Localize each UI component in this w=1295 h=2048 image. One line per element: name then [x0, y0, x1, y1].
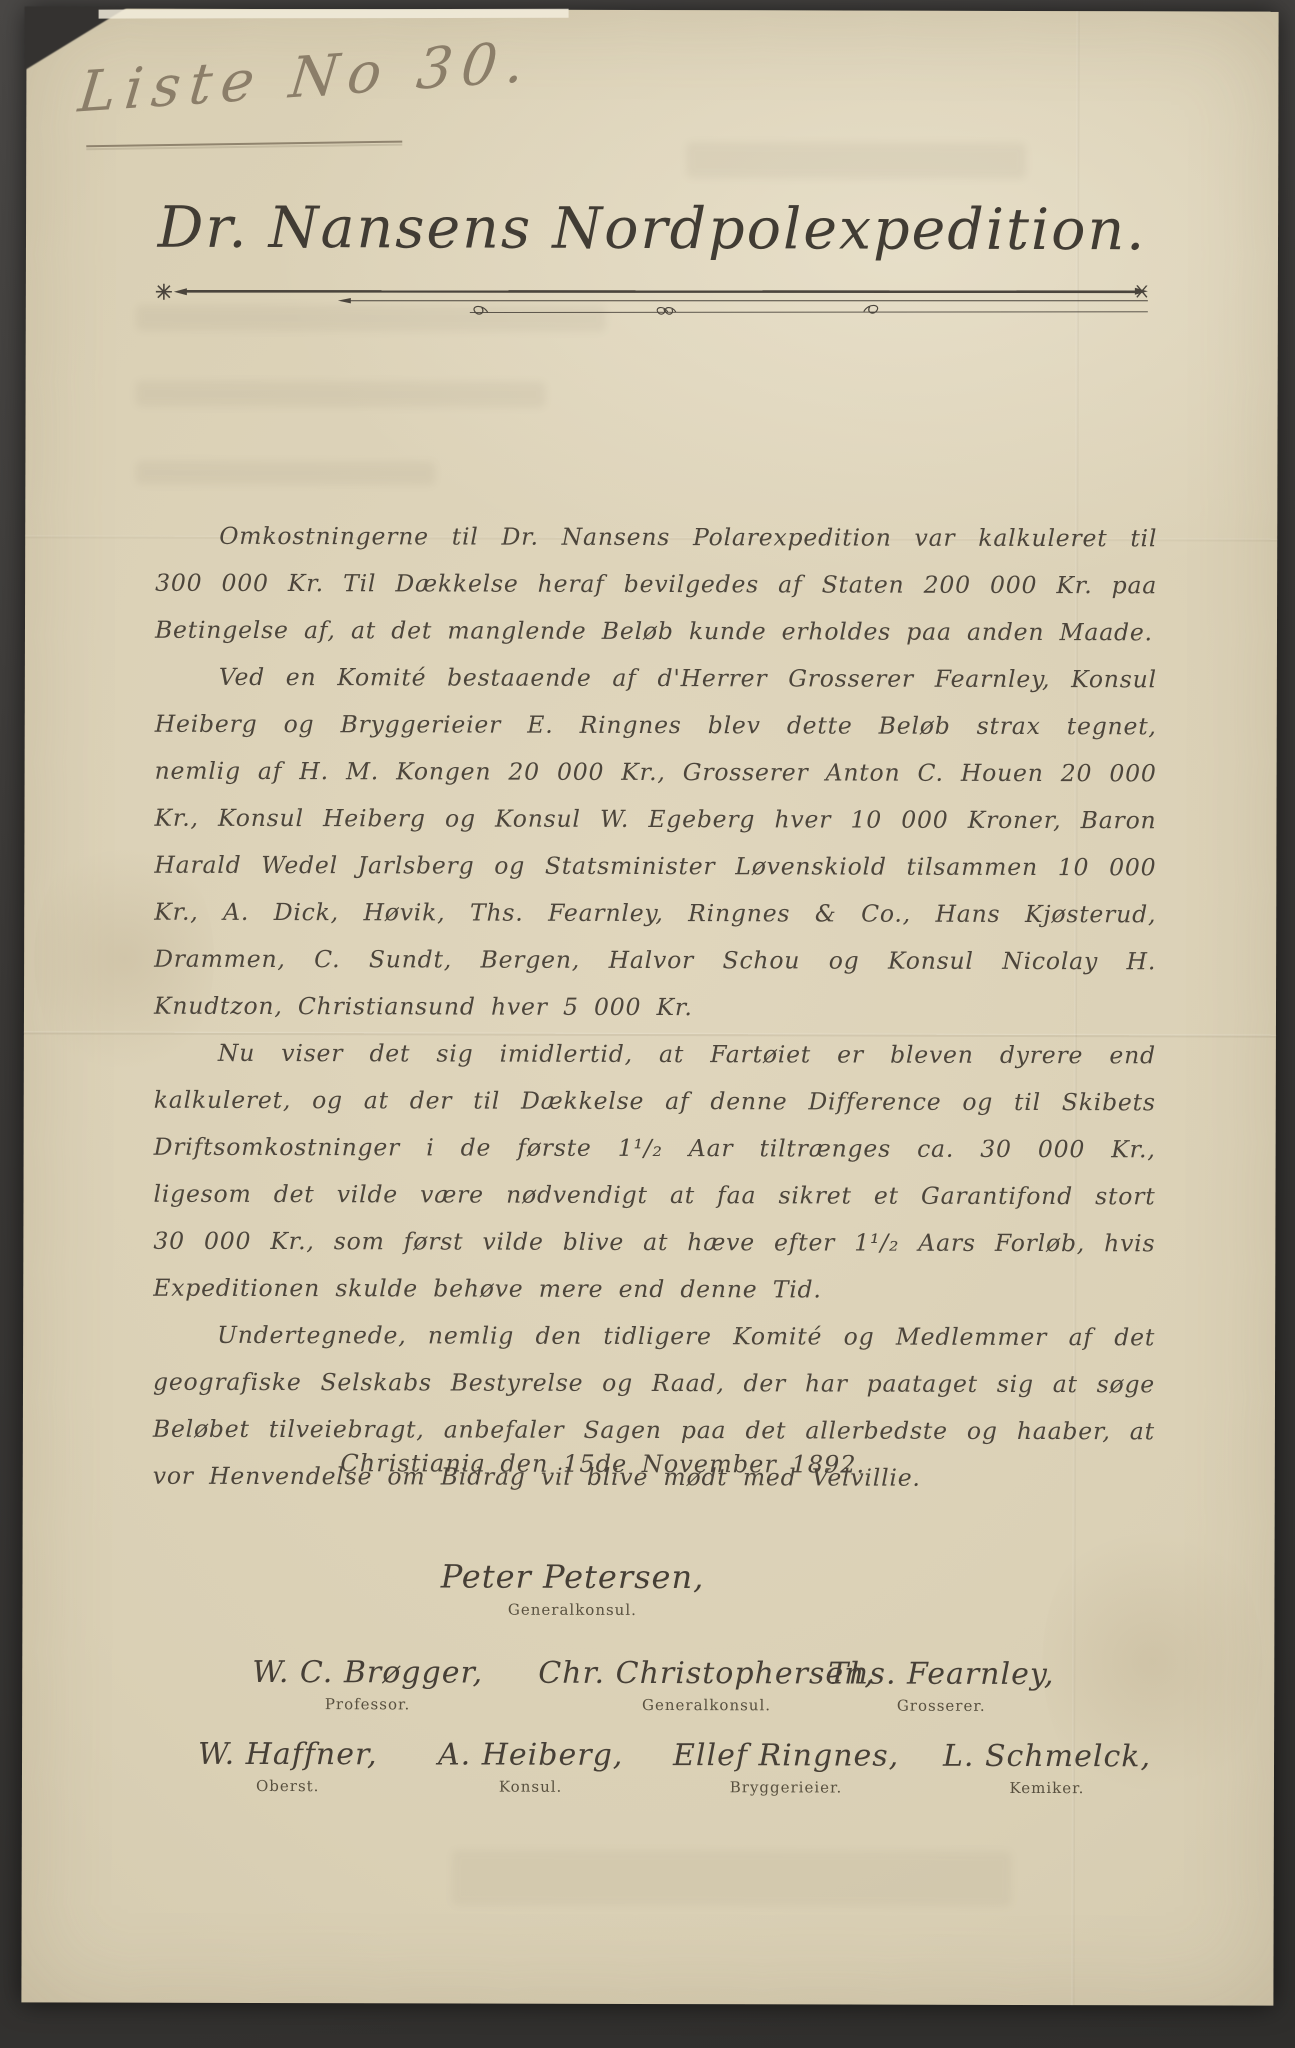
signature-ringnes: Ellef Ringnes, Bryggerieier. — [673, 1738, 899, 1797]
signature-haffner: W. Haffner, Oberst. — [198, 1737, 378, 1795]
dateline: Christiania den 15de November 1892. — [103, 1449, 1103, 1480]
curl-ornament — [657, 307, 676, 314]
signatory-name: W. C. Brøgger, — [252, 1655, 483, 1691]
signature-fearnley: Ths. Fearnley, Grosserer. — [828, 1656, 1054, 1715]
signatory-name: L. Schmelck, — [943, 1739, 1151, 1775]
paragraph-3: Nu viser det sig imidlertid, at Fartøiet… — [153, 1030, 1156, 1315]
left-star-ornament — [156, 284, 172, 300]
signature-christophersen: Chr. Christophersen, Generalkonsul. — [538, 1656, 875, 1715]
bleed-through-artifact — [136, 381, 546, 408]
signatory-title: Professor. — [252, 1695, 483, 1714]
signatory-name: W. Haffner, — [198, 1737, 378, 1772]
signatory-name: Chr. Christophersen, — [538, 1656, 875, 1692]
document-body: Omkostningerne til Dr. Nansens Polarexpe… — [153, 513, 1158, 1503]
bleed-through-artifact — [452, 1849, 1012, 1906]
signatory-title: Generalkonsul. — [242, 1600, 902, 1620]
signatory-title: Bryggerieier. — [673, 1778, 899, 1797]
bleed-through-artifact — [686, 142, 1026, 179]
scanned-document-photo: { "note": { "text": "Liste No 30." }, "t… — [0, 0, 1295, 2048]
paragraph-1: Omkostningerne til Dr. Nansens Polarexpe… — [155, 513, 1157, 657]
paper-sheet: Liste No 30. Dr. Nansens Nordpolexpediti… — [21, 8, 1278, 2005]
signatory-title: Konsul. — [438, 1777, 623, 1795]
signature-heiberg: A. Heiberg, Konsul. — [438, 1737, 623, 1795]
paper-top-edge-highlight — [99, 9, 569, 19]
signature-brogger: W. C. Brøgger, Professor. — [252, 1655, 483, 1714]
signatory-title: Oberst. — [198, 1777, 378, 1795]
paragraph-2: Ved en Komité bestaaende af d'Herrer Gro… — [154, 654, 1157, 1033]
signatory-name: A. Heiberg, — [438, 1737, 623, 1772]
signatory-title: Kemiker. — [943, 1779, 1151, 1798]
signatory-name: Peter Petersen, — [242, 1557, 902, 1597]
ornamental-divider — [152, 283, 1152, 330]
bleed-through-artifact — [135, 461, 435, 486]
signatory-name: Ellef Ringnes, — [673, 1738, 899, 1774]
signature-petersen: Peter Petersen, Generalkonsul. — [242, 1557, 902, 1620]
handwritten-underline — [86, 141, 402, 148]
signatory-name: Ths. Fearnley, — [828, 1656, 1054, 1692]
handwritten-note: Liste No 30. — [75, 30, 536, 126]
signature-schmelck: L. Schmelck, Kemiker. — [943, 1739, 1151, 1798]
page-title: Dr. Nansens Nordpolexpedition. — [26, 194, 1278, 263]
signatory-title: Generalkonsul. — [538, 1696, 875, 1715]
signatory-title: Grosserer. — [828, 1696, 1054, 1715]
